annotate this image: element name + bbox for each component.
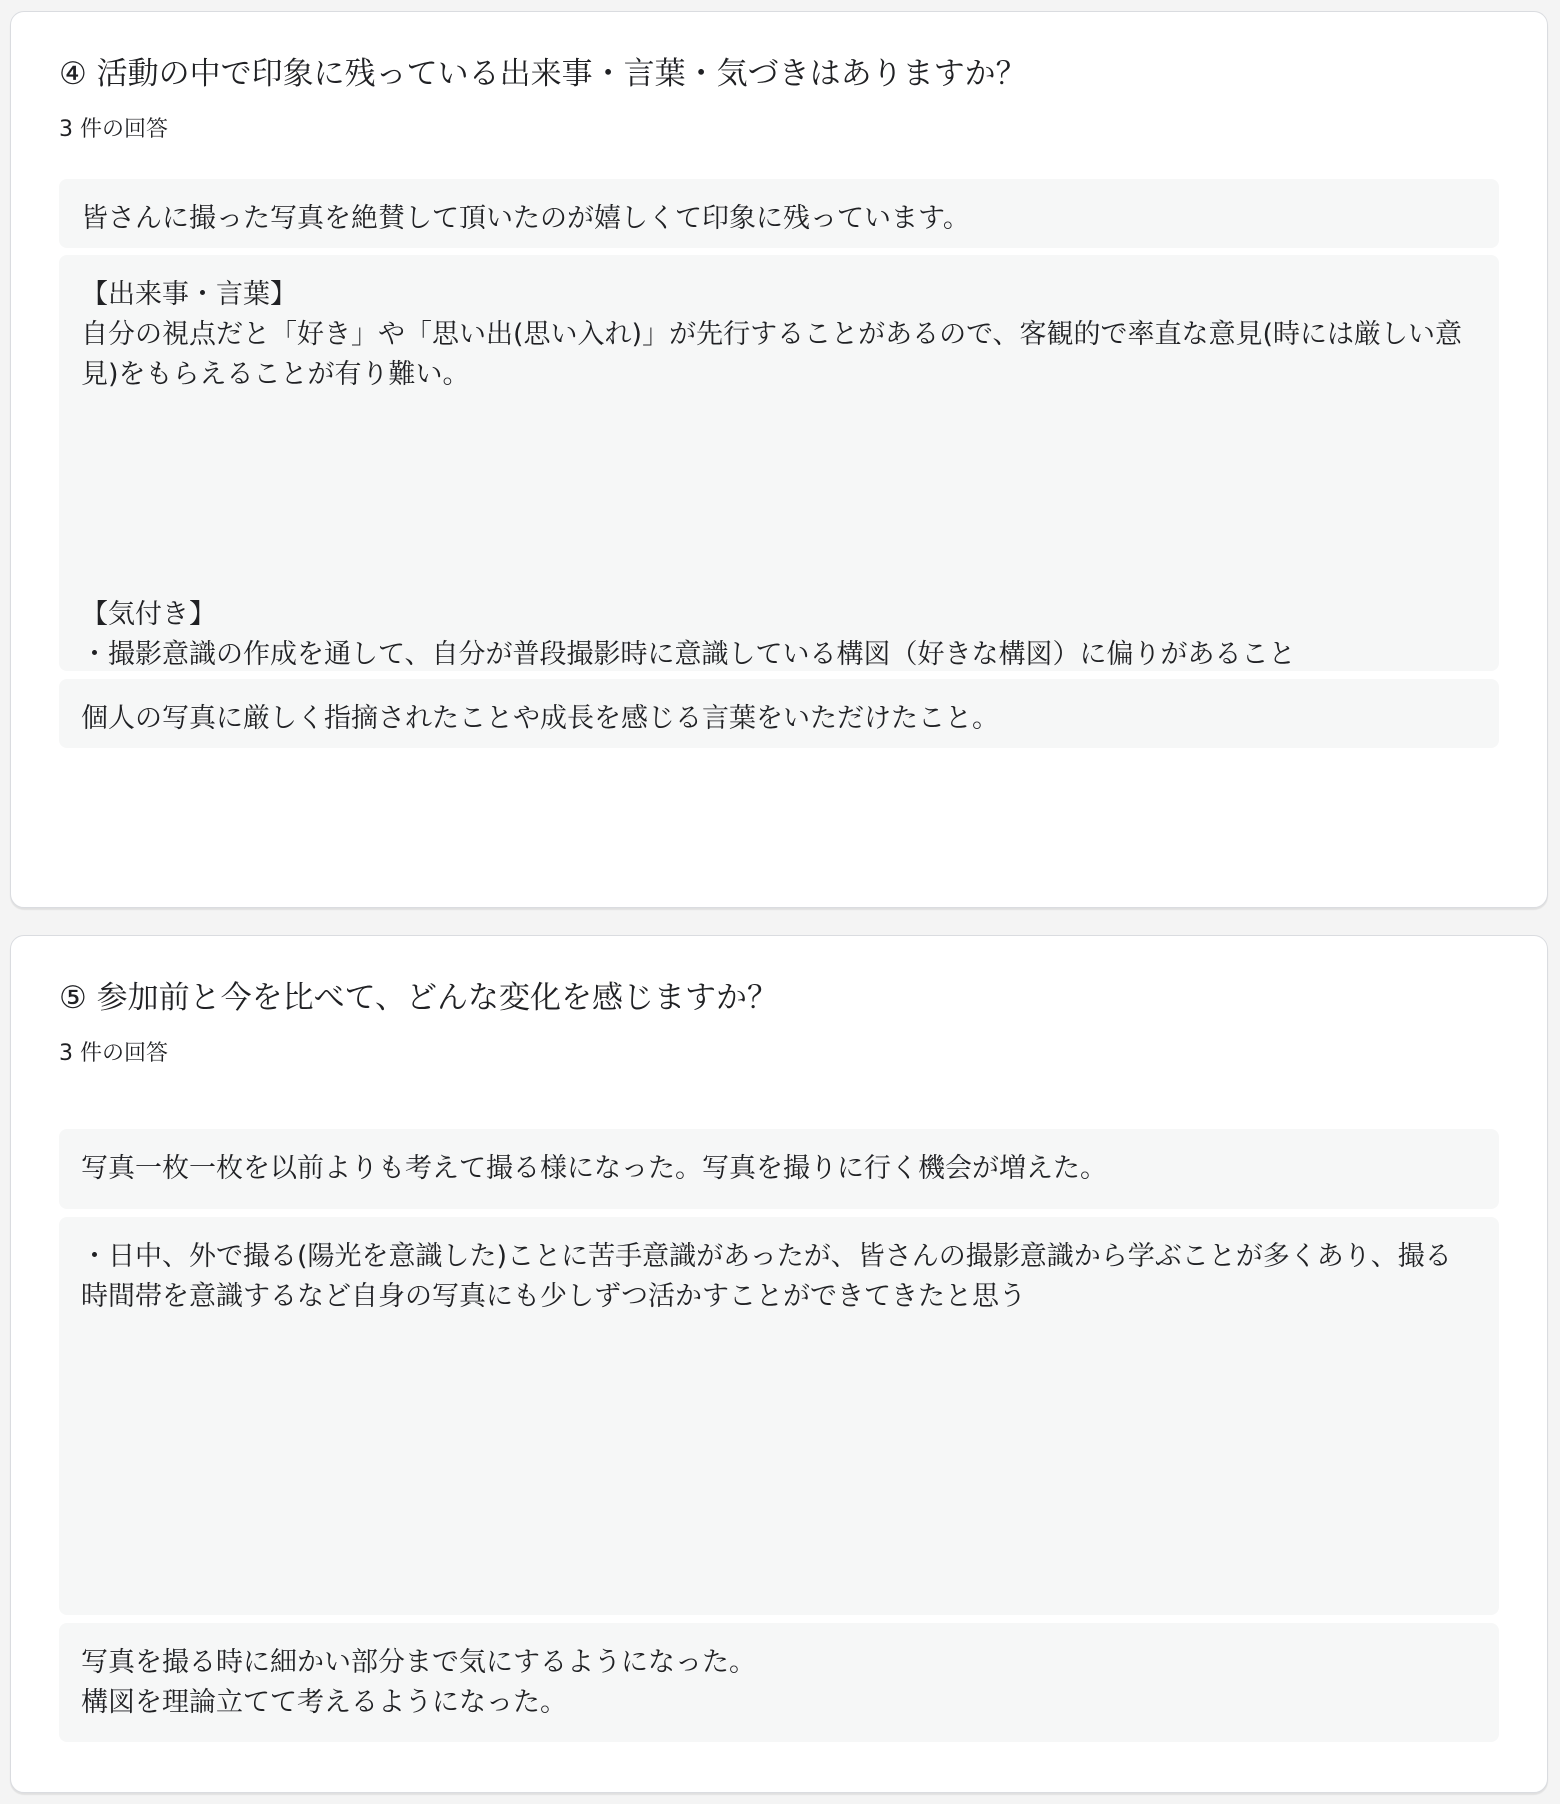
response-item: 個人の写真に厳しく指摘されたことや成長を感じる言葉をいただけたこと。: [59, 679, 1499, 748]
question-card-5: ⑤ 参加前と今を比べて、どんな変化を感じますか？ 3 件の回答 写真一枚一枚を以…: [10, 935, 1548, 1793]
response-item: 皆さんに撮った写真を絶賛して頂いたのが嬉しくて印象に残っています。: [59, 179, 1499, 248]
question-card-4: ④ 活動の中で印象に残っている出来事・言葉・気づきはありますか？ 3 件の回答 …: [10, 11, 1548, 908]
response-count: 3 件の回答: [59, 1040, 168, 1068]
question-title: ④ 活動の中で印象に残っている出来事・言葉・気づきはありますか？: [59, 54, 1027, 94]
response-item: 写真を撮る時に細かい部分まで気にするようになった。 構図を理論立てて考えるように…: [59, 1623, 1499, 1742]
response-item[interactable]: 【出来事・言葉】 自分の視点だと「好き」や「思い出(思い入れ)」が先行することが…: [59, 255, 1499, 671]
response-item[interactable]: ・日中、外で撮る(陽光を意識した)ことに苦手意識があったが、皆さんの撮影意識から…: [59, 1217, 1499, 1615]
question-title: ⑤ 参加前と今を比べて、どんな変化を感じますか？: [59, 978, 778, 1018]
response-count: 3 件の回答: [59, 116, 168, 144]
response-item: 写真一枚一枚を以前よりも考えて撮る様になった。写真を撮りに行く機会が増えた。: [59, 1129, 1499, 1209]
form-responses-page: ④ 活動の中で印象に残っている出来事・言葉・気づきはありますか？ 3 件の回答 …: [0, 0, 1560, 1804]
